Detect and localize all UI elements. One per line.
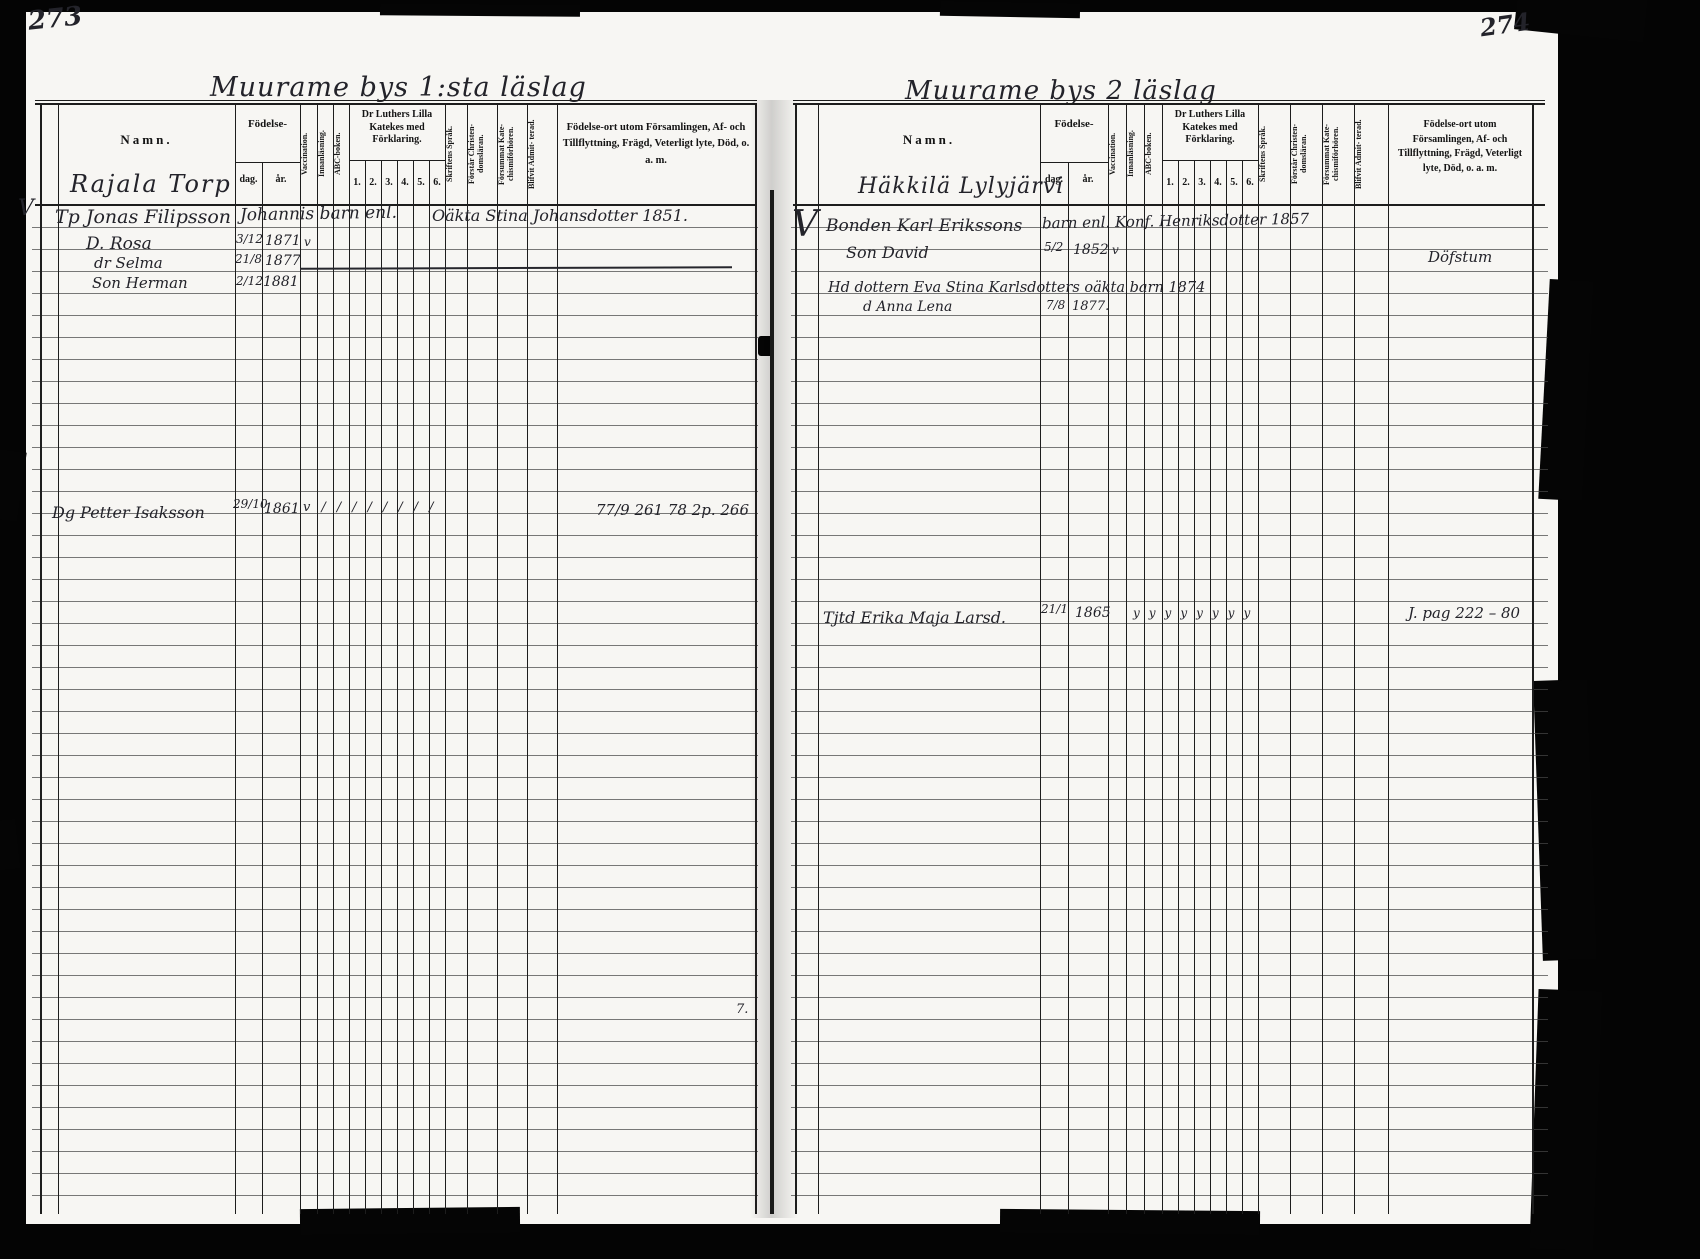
column-line [1210, 160, 1211, 1214]
entry-name: D. Rosa [86, 234, 152, 254]
column-line [1258, 103, 1259, 1214]
column-line [445, 103, 446, 1214]
header-rule [793, 100, 1545, 101]
column-line [557, 103, 558, 1214]
header-innanlasning: Innanläsning. [1126, 106, 1144, 202]
entry-marks-row: yyyyyyyy [1133, 606, 1259, 620]
entry-birth-day: 7/8 [1046, 298, 1065, 312]
column-line [1178, 160, 1179, 1214]
column-line [1162, 103, 1163, 1214]
header-forstar-christendomslaran: Förstår Christen- domsläran. [467, 106, 497, 202]
column-line [262, 162, 263, 1214]
entry-name: d Anna Lena [863, 299, 952, 315]
stray-mark: 7. [736, 1002, 748, 1017]
header-rule [235, 162, 300, 163]
header-dag: dag. [235, 174, 262, 185]
column-line [1532, 103, 1534, 1214]
column-line [1388, 103, 1389, 1214]
column-line [1226, 160, 1227, 1214]
katekes-number-cell: 5. [413, 177, 429, 188]
column-line [1068, 162, 1069, 1214]
header-fodelse: Födelse- [1040, 118, 1108, 130]
header-rule [35, 100, 757, 101]
entry-mark: v [1112, 243, 1119, 257]
header-rule [793, 204, 1545, 206]
header-skriftens-sprak: Skriftens Språk. [445, 106, 467, 202]
column-line [349, 103, 350, 1214]
column-line [1144, 103, 1145, 1214]
page-title-right: Muurame bys 2 läslag [905, 76, 1217, 106]
header-innanlasning: Innanläsning. [317, 106, 333, 202]
entry-marks-row: v//////// [303, 500, 444, 515]
column-line [1040, 103, 1041, 1214]
header-fodelseort: Födelse-ort utom Församlingen, Af- och T… [562, 120, 750, 169]
column-line [527, 103, 528, 1214]
katekes-number-cell: 3. [1194, 177, 1210, 188]
entry-birth-year: 1877 [265, 253, 301, 269]
scan-edge-blob [940, 1, 1080, 18]
header-blifvit-admitterad: Blifvit Admit- terad. [527, 106, 557, 202]
column-line [413, 160, 414, 1214]
column-line [365, 160, 366, 1214]
section-heading: Rajala Torp [70, 170, 232, 198]
entry-name: Hd dottern Eva Stina Karlsdotters oäkta … [828, 280, 1205, 296]
header-fodelseort: Födelse-ort utom Församlingen, Af- och T… [1392, 118, 1528, 176]
ruled-lines-right [791, 206, 1548, 1214]
katekes-number-cell: 2. [365, 177, 381, 188]
entry-birth-year: 1861 [264, 501, 300, 517]
entry-birth-day: 3/12 [236, 232, 263, 246]
column-line [381, 160, 382, 1214]
column-line [1108, 103, 1109, 1214]
scan-edge-blob [380, 3, 580, 16]
column-line [467, 103, 468, 1214]
column-line [397, 160, 398, 1214]
scanned-document: 273 274 Muurame bys 1:sta läslag Muurame… [0, 0, 1700, 1259]
entry-mark: v [304, 235, 311, 249]
margin-check-mark: V [792, 204, 818, 245]
entry-birth-year: 1852 [1073, 242, 1109, 258]
section-heading: Häkkilä Lylyjärvi [858, 174, 1064, 199]
column-line [755, 103, 757, 1214]
column-line [497, 103, 498, 1214]
entry-name: Son Herman [92, 274, 188, 292]
katekes-number-cell: 6. [429, 177, 445, 188]
center-fold-line [770, 190, 774, 1214]
header-forsummat-katechismiforhoren: Försummat Kate- chismiförhören. [497, 106, 527, 202]
column-line [1290, 103, 1291, 1214]
column-line [235, 103, 236, 1214]
katekes-number-cell: 6. [1242, 177, 1258, 188]
column-line [795, 103, 797, 1214]
header-namn: Namn. [58, 132, 235, 148]
column-line [818, 103, 819, 1214]
entry-birth-day: 2/12 [236, 274, 263, 288]
ruled-lines-left [32, 206, 758, 1214]
header-ar: år. [1068, 174, 1108, 185]
entry-note: J. pag 222 – 80 [1408, 604, 1520, 622]
column-line [1322, 103, 1323, 1214]
entry-note: Johannis barn enl. [240, 203, 397, 226]
header-abc-boken: ABC-boken. [1144, 106, 1162, 202]
header-forstar-christendomslaran: Förstår Christen- domsläran. [1290, 106, 1322, 202]
header-namn: Namn. [818, 132, 1040, 148]
katekes-number-cell: 3. [381, 177, 397, 188]
column-line [429, 160, 430, 1214]
entry-birth-day: 5/2 [1044, 240, 1063, 254]
entry-note: Oäkta Stina Johansdotter 1851. [432, 206, 688, 225]
entry-note: Döfstum [1428, 248, 1492, 266]
header-blifvit-admitterad: Blifvit Admit- terad. [1354, 106, 1388, 202]
entry-name: Bonden Karl Erikssons [826, 216, 1022, 236]
entry-name: Tjtd Erika Maja Larsd. [823, 608, 1006, 627]
header-rule [793, 103, 1545, 105]
entry-birth-day: 29/10 [233, 497, 268, 511]
header-katekes: Dr Luthers Lilla Katekes med Förklaring. [351, 109, 443, 147]
entry-birth-year: 1881 [263, 274, 299, 290]
katekes-number-cell: 4. [397, 177, 413, 188]
katekes-number-cell: 4. [1210, 177, 1226, 188]
column-line [1194, 160, 1195, 1214]
header-ar: år. [262, 174, 300, 185]
katekes-number-cell: 1. [1162, 177, 1178, 188]
katekes-number-cell: 1. [349, 177, 365, 188]
header-rule [35, 103, 757, 105]
header-vaccination: Vaccination. [300, 106, 317, 202]
margin-check-mark: V [18, 196, 34, 221]
entry-birth-year: 1871 [265, 233, 301, 249]
header-vaccination: Vaccination. [1108, 106, 1126, 202]
entry-birth-day: 21/8 [235, 252, 262, 266]
column-line [333, 103, 334, 1214]
scan-edge-blob [0, 819, 21, 872]
entry-birth-year: 1865 [1075, 605, 1111, 621]
header-skriftens-sprak: Skriftens Språk. [1258, 106, 1290, 202]
entry-name: dr Selma [94, 254, 163, 272]
entry-birth-year: 1877. [1072, 299, 1109, 314]
header-fodelse: Födelse- [235, 118, 300, 130]
entry-name: Tp Jonas Filipsson [55, 206, 231, 228]
entry-birth-day: 21/1 [1041, 602, 1068, 616]
header-forsummat-katechismiforhoren: Försummat Kate- chismiförhören. [1322, 106, 1354, 202]
column-line [40, 103, 42, 1214]
column-line [1242, 160, 1243, 1214]
katekes-number-cell: 5. [1226, 177, 1242, 188]
header-katekes: Dr Luthers Lilla Katekes med Förklaring. [1164, 109, 1256, 147]
column-line [58, 103, 59, 1214]
header-rule [1040, 162, 1108, 163]
entry-note: 77/9 261 78 2p. 266 [596, 501, 749, 519]
entry-name: Dg Petter Isaksson [52, 503, 205, 522]
katekes-number-cell: 2. [1178, 177, 1194, 188]
header-abc-boken: ABC-boken. [333, 106, 349, 202]
column-line [1354, 103, 1355, 1214]
entry-name: Son David [846, 243, 929, 262]
scan-edge-blob [0, 448, 27, 522]
column-line [1126, 103, 1127, 1214]
page-title-left: Muurame bys 1:sta läslag [210, 72, 587, 103]
page-number-left: 273 [27, 1, 84, 37]
